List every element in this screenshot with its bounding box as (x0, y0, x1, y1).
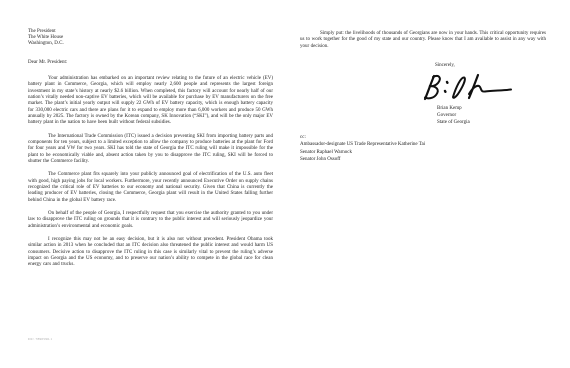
cc-block: cc: Ambassador-designate US Trade Repres… (300, 134, 546, 164)
body-paragraph-2: The International Trade Commission (ITC)… (28, 134, 273, 166)
salutation: Dear Mr. President: (28, 60, 273, 66)
cc-recipient: Ambassador-designate US Trade Representa… (300, 141, 546, 149)
signature-icon (420, 73, 515, 103)
letter-page-2: Simply put: the livelihoods of thousands… (300, 0, 546, 368)
signer-state: State of Georgia (437, 119, 546, 126)
complimentary-close: Sincerely, (435, 63, 546, 69)
signer-title: Governor (437, 112, 546, 119)
body-paragraph-6: Simply put: the livelihoods of thousands… (300, 31, 546, 50)
cc-recipient: Senator John Ossoff (300, 156, 546, 164)
handwritten-signature (420, 73, 515, 103)
cc-label: cc: (300, 134, 546, 142)
body-paragraph-4: On behalf of the people of Georgia, I re… (28, 211, 273, 230)
letter-scan: The President The White House Washington… (0, 0, 570, 368)
body-paragraph-1: Your administration has embarked on an i… (28, 76, 273, 127)
letter-page-1: The President The White House Washington… (28, 0, 273, 368)
signer-name: Brian Kemp (437, 105, 546, 112)
recipient-line: Washington, D.C. (28, 41, 273, 47)
document-control-number: DC\ 7890596.1 (28, 337, 52, 341)
cc-recipient: Senator Raphael Warnock (300, 149, 546, 157)
signer-identity-block: Brian Kemp Governor State of Georgia (437, 105, 546, 126)
recipient-address-block: The President The White House Washington… (28, 29, 273, 48)
body-paragraph-5: I recognize this may not be an easy deci… (28, 237, 273, 269)
body-paragraph-3: The Commerce plant fits squarely into yo… (28, 172, 273, 204)
